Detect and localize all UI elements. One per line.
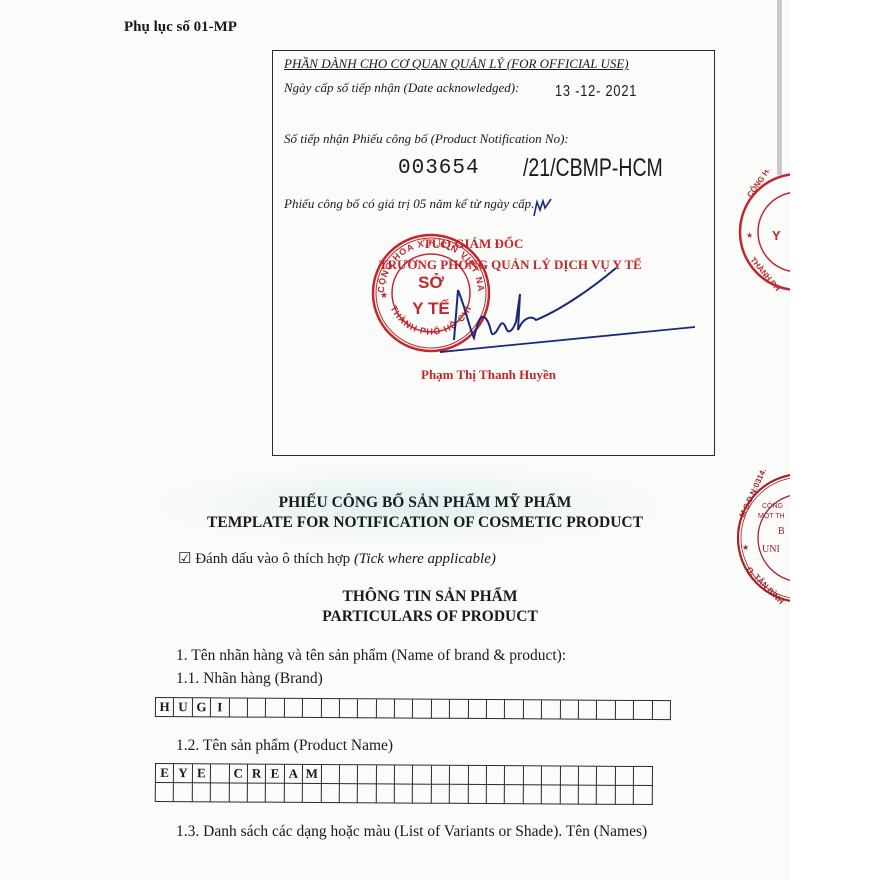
- date-acknowledged-label: Ngày cấp số tiếp nhận (Date acknowledged…: [284, 80, 519, 96]
- date-acknowledged-value: 13 -12- 2021: [555, 83, 637, 101]
- notification-number: 003654: [398, 157, 480, 180]
- product-char-cell: [193, 783, 212, 802]
- brand-char-cell: [395, 699, 414, 718]
- brand-char-cell: [652, 701, 671, 720]
- svg-text:CỘNG HÒA: CỘNG HÒA: [745, 170, 778, 199]
- product-char-cell: [487, 785, 506, 804]
- product-char-cell: [211, 764, 230, 783]
- brand-char-cell: [616, 701, 635, 720]
- product-char-cell: [560, 766, 579, 785]
- tick-instruction-vi: Đánh dấu vào ô thích hợp: [195, 551, 350, 567]
- partial-seal-top-icon: CỘNG HÒA ★ THÀNH PH Y: [736, 170, 790, 300]
- signatory-name: Phạm Thị Thanh Huyền: [421, 367, 556, 383]
- brand-char-cell: [469, 700, 488, 719]
- official-use-box: PHẦN DÀNH CHO CƠ QUAN QUẢN LÝ (FOR OFFIC…: [272, 50, 715, 456]
- product-char-cell: C: [229, 764, 248, 783]
- product-char-cell: [156, 783, 175, 802]
- brand-char-cell: [358, 699, 377, 718]
- product-char-cell: [358, 765, 377, 784]
- svg-text:★: ★: [746, 231, 753, 240]
- section-title-en: PARTICULARS OF PRODUCT: [0, 608, 790, 626]
- product-char-cell: [505, 785, 524, 804]
- product-char-cell: [229, 783, 248, 802]
- product-char-cell: [542, 785, 561, 804]
- svg-text:THÀNH PH: THÀNH PH: [748, 256, 782, 294]
- product-char-cell: [340, 784, 359, 803]
- product-char-cell: [597, 786, 616, 805]
- appendix-label: Phụ lục số 01-MP: [124, 19, 237, 36]
- page-edge-shadow: [777, 0, 782, 175]
- section-title-vi: THÔNG TIN SẢN PHẨM: [0, 588, 790, 606]
- product-char-cell: [284, 784, 303, 803]
- product-char-cell: [524, 766, 543, 785]
- brand-char-cell: [634, 701, 653, 720]
- product-char-cell: [542, 766, 561, 785]
- brand-char-cell: [285, 699, 304, 718]
- question-1-1-brand: 1.1. Nhãn hàng (Brand): [176, 670, 323, 688]
- product-char-cell: [376, 784, 395, 803]
- brand-char-cell: [229, 698, 248, 717]
- checkbox-checked-icon: ☑: [178, 551, 191, 567]
- brand-char-cell: [321, 699, 340, 718]
- product-char-cell: [432, 785, 451, 804]
- product-char-cell: [174, 783, 193, 802]
- notification-number-suffix: /21/CBMP-HCM: [523, 154, 663, 183]
- product-char-cell: [616, 786, 635, 805]
- product-char-cell: [248, 784, 267, 803]
- brand-char-cell: I: [211, 698, 230, 717]
- product-char-cell: [579, 786, 598, 805]
- form-title-en: TEMPLATE FOR NOTIFICATION OF COSMETIC PR…: [0, 514, 790, 532]
- svg-text:★: ★: [742, 543, 749, 552]
- brand-char-cell: [542, 700, 561, 719]
- brand-char-cell: U: [174, 698, 193, 717]
- brand-char-cell: [248, 699, 267, 718]
- product-char-cell: A: [285, 765, 304, 784]
- brand-char-cell: [377, 699, 396, 718]
- product-char-cell: E: [193, 764, 212, 783]
- product-char-cell: [395, 784, 414, 803]
- svg-text:UNI: UNI: [762, 544, 780, 555]
- product-char-cell: E: [266, 765, 285, 784]
- brand-char-cell: [597, 701, 616, 720]
- product-char-cell: E: [156, 764, 175, 783]
- signature-icon: [440, 260, 700, 360]
- svg-text:★: ★: [380, 290, 388, 300]
- brand-char-grid: HUGI: [155, 697, 671, 720]
- brand-char-cell: [450, 700, 469, 719]
- brand-char-cell: [505, 700, 524, 719]
- product-char-cell: [524, 785, 543, 804]
- product-char-cell: [395, 765, 414, 784]
- product-char-cell: [487, 766, 506, 785]
- form-title-vi: PHIẾU CÔNG BỐ SẢN PHẨM MỸ PHẨM: [0, 494, 790, 512]
- product-char-cell: [211, 783, 230, 802]
- product-char-cell: [634, 767, 653, 786]
- product-char-cell: [413, 766, 432, 785]
- official-use-title: PHẦN DÀNH CHO CƠ QUAN QUẢN LÝ (FOR OFFIC…: [284, 56, 629, 72]
- brand-char-cell: [487, 700, 506, 719]
- product-char-cell: [266, 784, 285, 803]
- product-char-cell: [377, 765, 396, 784]
- brand-char-cell: [432, 700, 451, 719]
- brand-char-cell: [266, 699, 285, 718]
- brand-char-cell: [579, 701, 598, 720]
- product-char-cell: [321, 765, 340, 784]
- product-char-cell: [340, 765, 359, 784]
- product-char-cell: [597, 767, 616, 786]
- product-char-cell: R: [248, 765, 267, 784]
- validity-note: Phiếu công bố có giá trị 05 năm kể từ ng…: [284, 196, 534, 212]
- product-char-cell: [303, 784, 322, 803]
- product-char-cell: M: [303, 765, 322, 784]
- notification-number-label: Số tiếp nhận Phiếu công bố (Product Noti…: [284, 131, 569, 147]
- brand-char-cell: H: [156, 698, 175, 717]
- tick-instruction: ☑ Đánh dấu vào ô thích hợp (Tick where a…: [178, 549, 496, 568]
- product-char-cell: [358, 784, 377, 803]
- svg-text:Y: Y: [772, 228, 781, 243]
- brand-char-cell: [524, 700, 543, 719]
- product-char-cell: [634, 786, 653, 805]
- product-char-cell: [505, 766, 524, 785]
- product-char-cell: [616, 767, 635, 786]
- brand-char-cell: [413, 700, 432, 719]
- tick-instruction-en: (Tick where applicable): [354, 551, 496, 567]
- product-char-cell: [450, 785, 469, 804]
- question-1: 1. Tên nhãn hàng và tên sản phẩm (Name o…: [176, 647, 566, 665]
- brand-char-cell: [560, 700, 579, 719]
- product-char-cell: [469, 766, 488, 785]
- product-char-cell: [579, 767, 598, 786]
- product-char-cell: [450, 766, 469, 785]
- product-char-cell: [560, 785, 579, 804]
- brand-char-cell: G: [193, 698, 212, 717]
- product-name-char-grid: EYECREAM: [155, 763, 653, 805]
- product-char-cell: Y: [174, 764, 193, 783]
- brand-char-cell: [303, 699, 322, 718]
- initials-mark-icon: [531, 196, 553, 218]
- question-1-3-variants: 1.3. Danh sách các dạng hoặc màu (List o…: [176, 823, 647, 841]
- product-char-cell: [321, 784, 340, 803]
- product-char-cell: [413, 785, 432, 804]
- product-char-cell: [432, 766, 451, 785]
- question-1-2-product-name: 1.2. Tên sản phẩm (Product Name): [176, 737, 393, 755]
- brand-char-cell: [340, 699, 359, 718]
- product-char-cell: [468, 785, 487, 804]
